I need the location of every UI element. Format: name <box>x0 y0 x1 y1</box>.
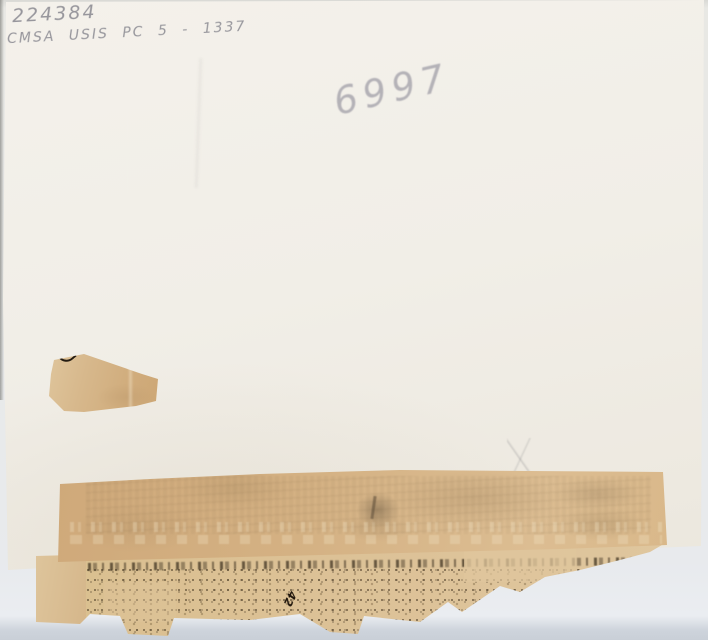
light-smudge <box>554 478 640 510</box>
dark-smudge <box>356 492 400 528</box>
faded-patch <box>464 548 576 582</box>
plain-paper-tab <box>34 552 86 632</box>
handwritten-pencil-number: 6997 <box>330 55 455 123</box>
scanned-photo-verso: 224384 CMSA USIS PC 5 - 1337 6997 42 <box>0 0 708 640</box>
faded-patch <box>104 582 176 622</box>
faint-pencil-streak <box>195 58 203 188</box>
scan-edge-shadow <box>0 0 4 400</box>
handwritten-archive-number: 224384 <box>11 1 97 27</box>
